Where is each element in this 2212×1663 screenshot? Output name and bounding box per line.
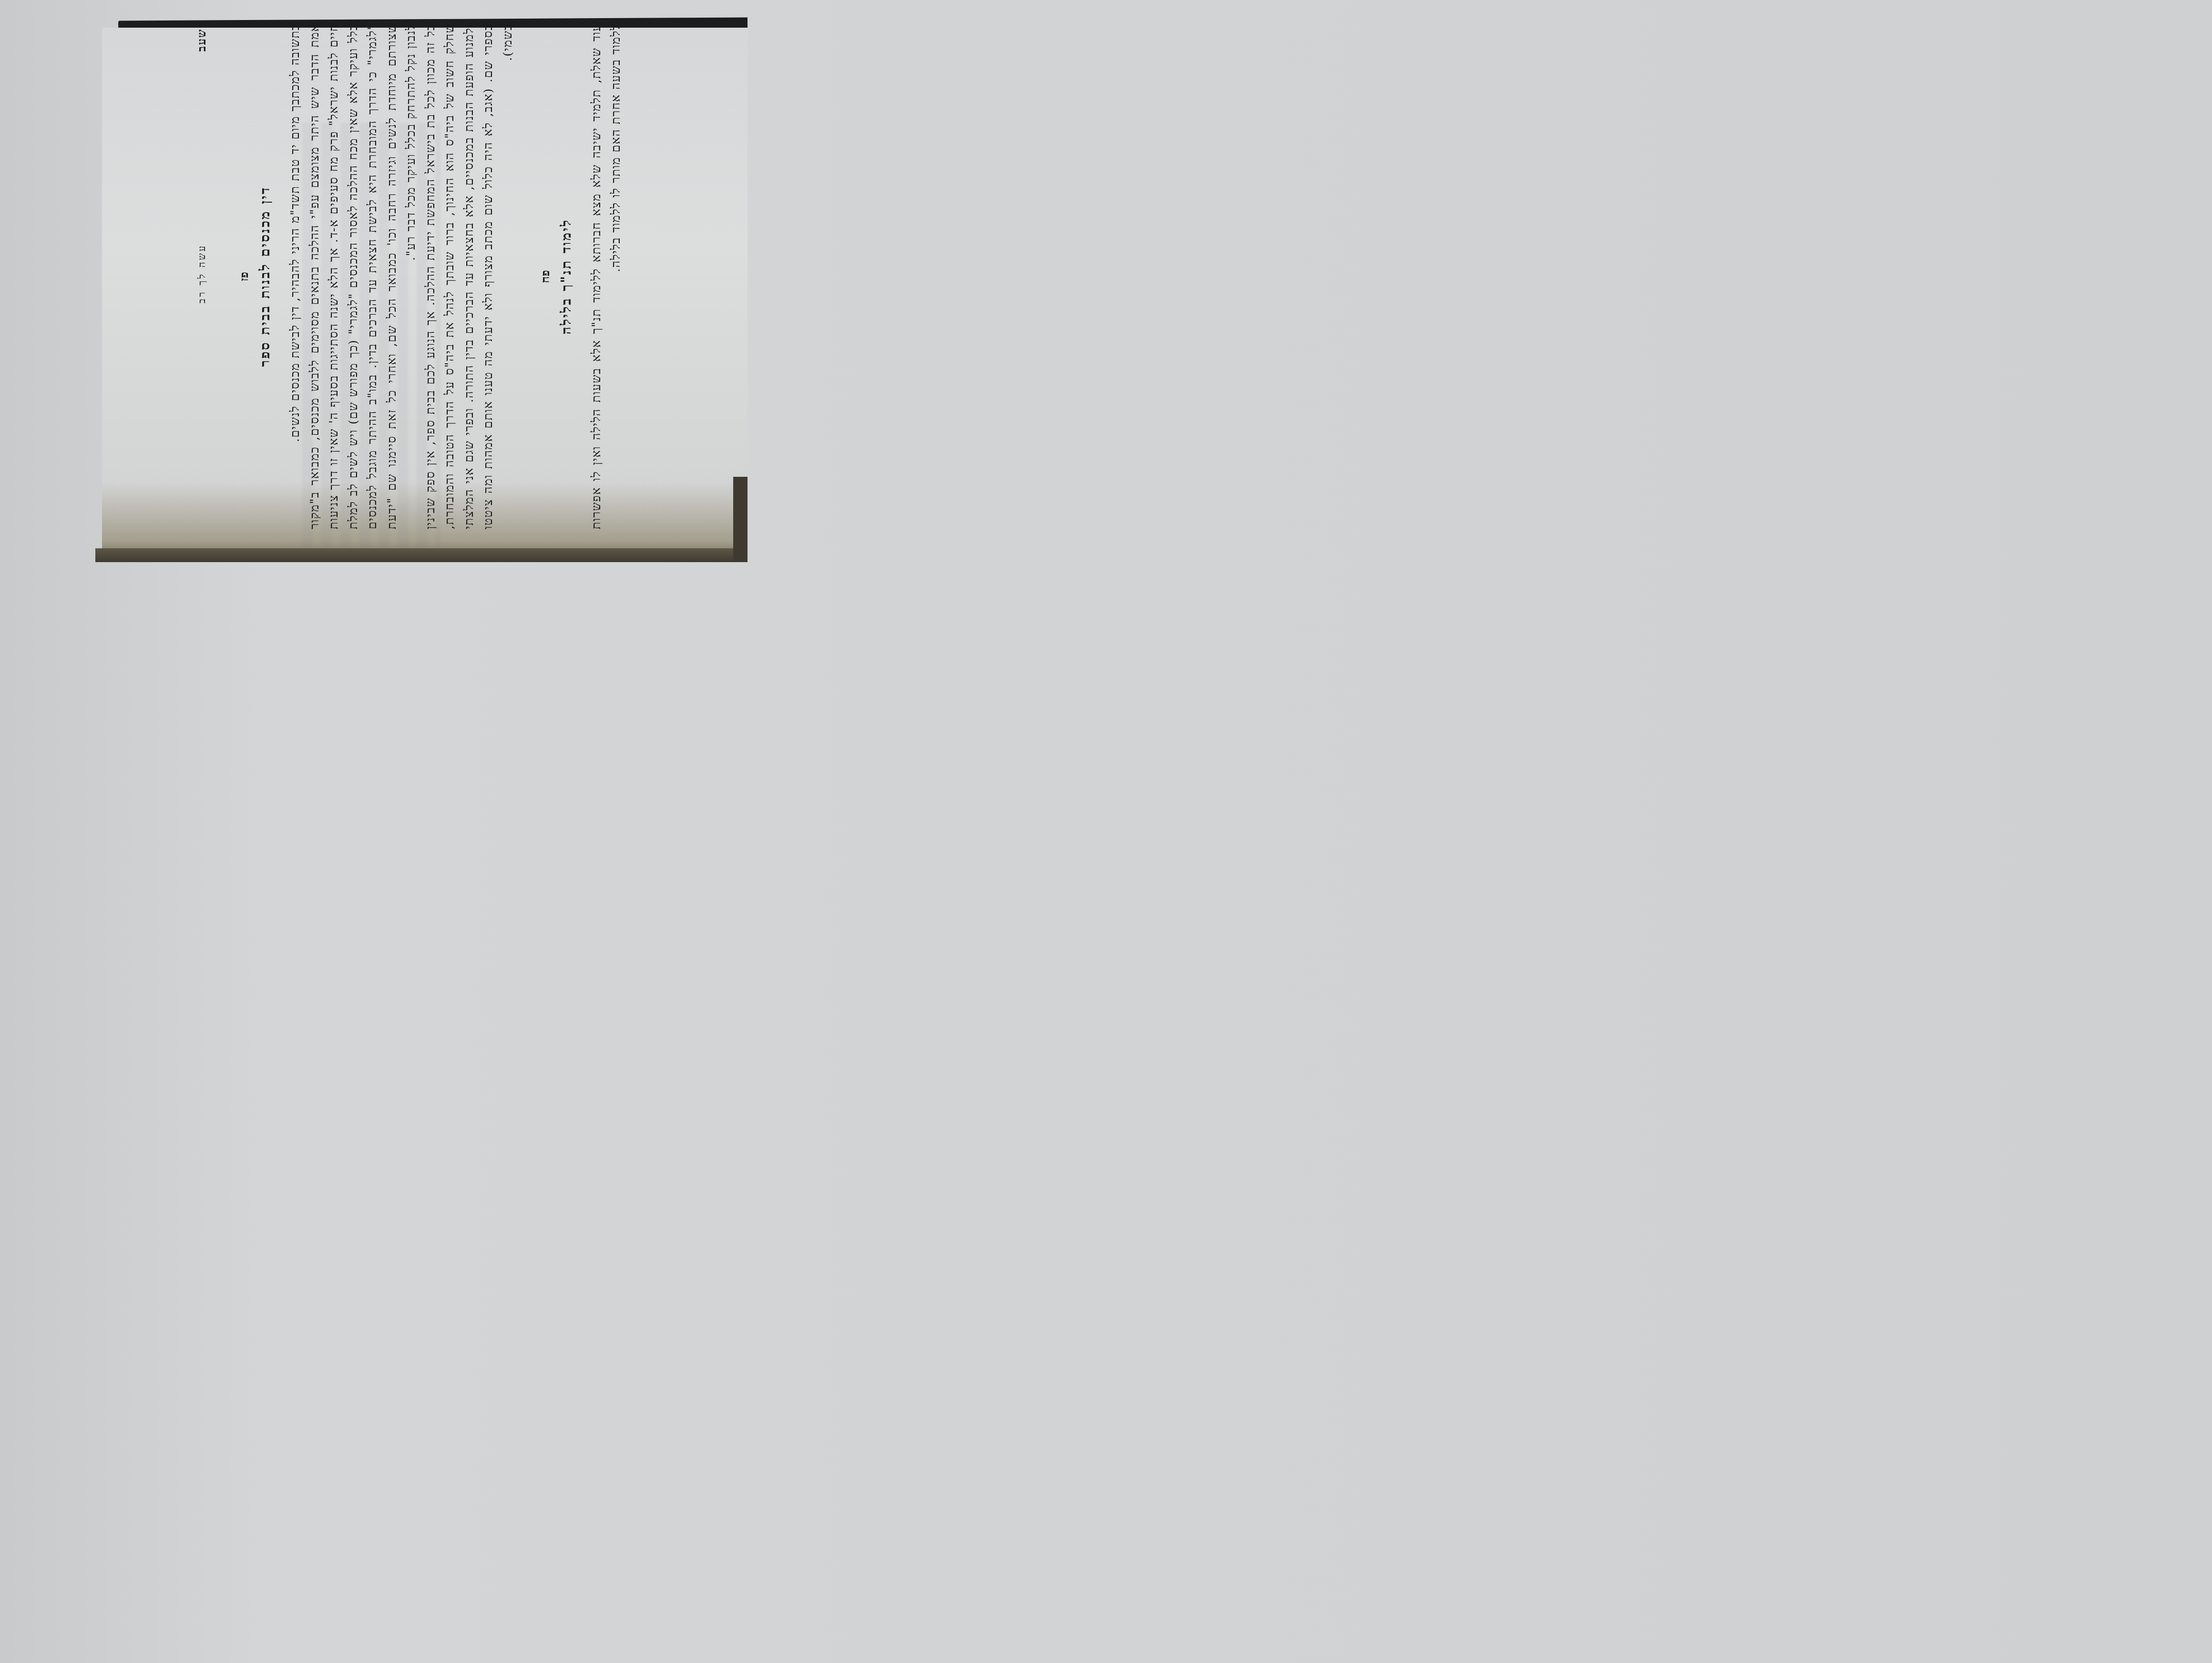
page-shadow: [95, 548, 748, 562]
paragraph: בתשובה למכתבך מיום יד טבת תשד"מ הריני לה…: [286, 24, 305, 529]
chapter-title: דין מכנסים לבנות בבית ספר: [257, 24, 273, 529]
chapter-number: פז: [237, 24, 251, 529]
chapter-title: לימוד תנ"ך בלילה: [558, 24, 574, 529]
running-head: שעב עשה לך רב: [187, 24, 216, 529]
paragraph: אמת הדבר שיש היתר מצומצם עפ"י ההלכה בתנא…: [305, 24, 421, 529]
chapter-87: פז דין מכנסים לבנות בבית ספר בתשובה למכת…: [237, 24, 517, 529]
chapter-88: פח לימוד תנ"ך בלילה עוד שאלת, תלמיד ישיב…: [538, 24, 625, 529]
paragraph: כל זה מכוון לכל בת בישראל המחפשת ידיעת ה…: [421, 24, 518, 529]
chapter-number: פח: [538, 24, 553, 529]
page-number: שעב: [195, 29, 209, 51]
paragraph: עוד שאלת, תלמיד ישיבה שלא מצא חברותא ללי…: [587, 24, 625, 529]
page-text-block: שעב עשה לך רב פז דין מכנסים לבנות בבית ס…: [187, 24, 748, 529]
running-title: עשה לך רב: [196, 51, 208, 496]
